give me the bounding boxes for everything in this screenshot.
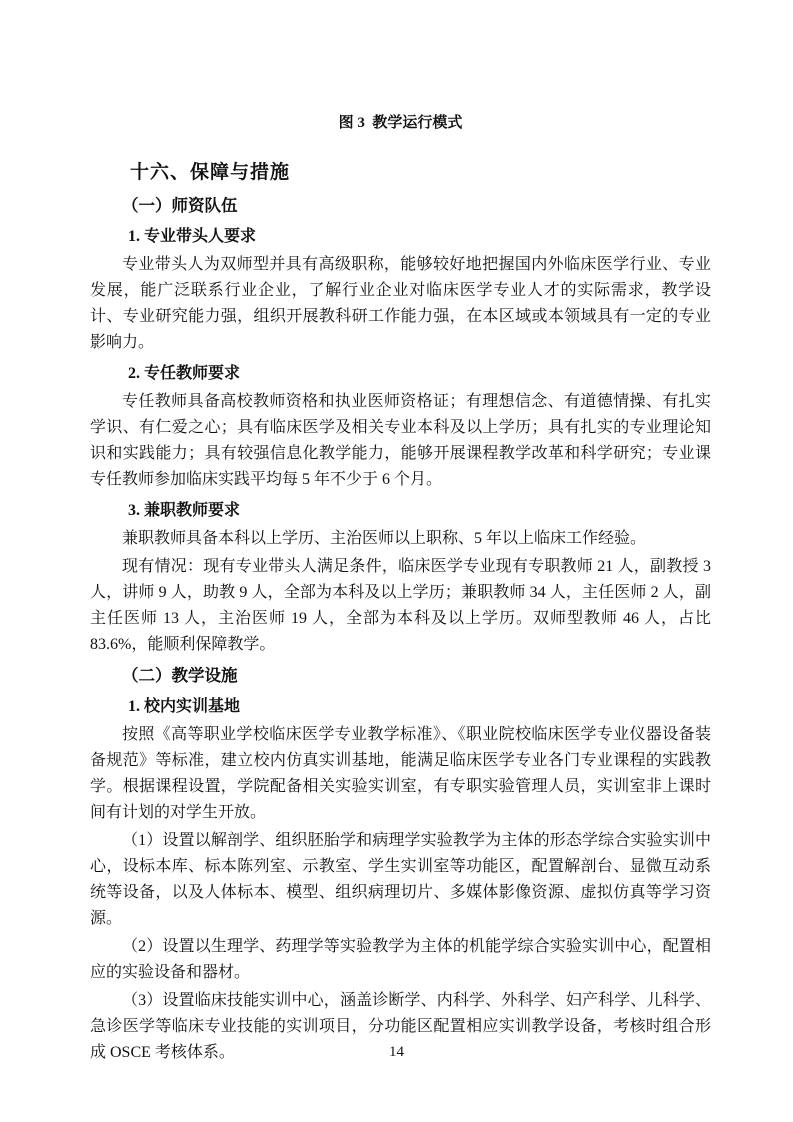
sub1-item3-status-paragraph: 现有情况：现有专业带头人满足条件，临床医学专业现有专职教师 21 人，副教授 3… [90, 554, 711, 658]
sub2-item1-heading: 1. 校内实训基地 [90, 694, 711, 720]
sub2-item1-paragraph: 按照《高等职业学校临床医学专业教学标准》、《职业院校临床医学专业仪器设备装备规范… [90, 722, 711, 826]
section-heading: 十六、保障与措施 [130, 158, 711, 188]
sub1-item3-paragraph: 兼职教师具备本科以上学历、主治医师以上职称、5 年以上临床工作经验。 [90, 526, 711, 552]
page-number: 14 [0, 1042, 793, 1062]
sub1-item2-heading: 2. 专任教师要求 [90, 361, 711, 387]
page-content: 图 3 教学运行模式 十六、保障与措施 （一）师资队伍 1. 专业带头人要求 专… [90, 0, 711, 1066]
subsection-2-heading: （二）教学设施 [90, 663, 711, 689]
sub1-item3-heading: 3. 兼职教师要求 [90, 498, 711, 524]
sub1-item2-paragraph: 专任教师具备高校教师资格和执业医师资格证；有理想信念、有道德情操、有扎实学识、有… [90, 389, 711, 493]
sub1-item1-paragraph: 专业带头人为双师型并具有高级职称，能够较好地把握国内外临床医学行业、专业发展，能… [90, 252, 711, 356]
sub2-point1-paragraph: （1）设置以解剖学、组织胚胎学和病理学实验教学为主体的形态学综合实验实训中心，设… [90, 828, 711, 932]
figure-caption: 图 3 教学运行模式 [90, 0, 711, 136]
document-page: 图 3 教学运行模式 十六、保障与措施 （一）师资队伍 1. 专业带头人要求 专… [0, 0, 793, 1122]
subsection-1-heading: （一）师资队伍 [90, 193, 711, 219]
sub2-point2-paragraph: （2）设置以生理学、药理学等实验教学为主体的机能学综合实验实训中心，配置相应的实… [90, 934, 711, 986]
sub1-item1-heading: 1. 专业带头人要求 [90, 224, 711, 250]
